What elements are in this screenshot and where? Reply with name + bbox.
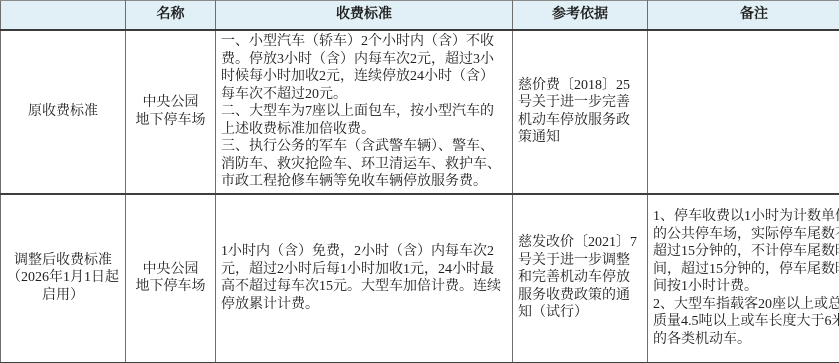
reference-basis-text: 慈价费〔2018〕25号关于进一步完善机动车停放服务政策通知: [513, 30, 648, 194]
table-viewport: 名称 收费标准 参考依据 备注 原收费标准 中央公园 地下停车场 一、小型汽车（…: [0, 0, 839, 363]
fee-standard-text: 一、小型汽车（轿车）2个小时内（含）不收费。停放3小时（含）内每车次2元，超过3…: [216, 30, 513, 194]
row-label-original: 原收费标准: [1, 30, 126, 194]
row-label-adjusted: 调整后收费标准 （2026年1月1日起 启用）: [1, 194, 126, 363]
table-row-adjusted-standard: 调整后收费标准 （2026年1月1日起 启用） 中央公园 地下停车场 1小时内（…: [1, 194, 839, 363]
table-row-original-standard: 原收费标准 中央公园 地下停车场 一、小型汽车（轿车）2个小时内（含）不收费。停…: [1, 30, 839, 194]
remarks-text: [648, 30, 839, 194]
header-remarks: 备注: [648, 1, 839, 31]
header-reference: 参考依据: [513, 1, 648, 31]
reference-basis-text: 慈发改价〔2021〕7号关于进一步调整和完善机动车停放服务收费政策的通知（试行）: [513, 194, 648, 363]
header-row: 名称 收费标准 参考依据 备注: [1, 1, 839, 31]
parking-lot-name: 中央公园 地下停车场: [126, 30, 216, 194]
header-category: [1, 1, 126, 31]
fee-standard-text: 1小时内（含）免费，2小时（含）内每车次2元，超过2小时后每1小时加收1元，24…: [216, 194, 513, 363]
parking-fee-table: 名称 收费标准 参考依据 备注 原收费标准 中央公园 地下停车场 一、小型汽车（…: [0, 0, 839, 363]
remarks-text: 1、停车收费以1小时为计数单位的公共停车场，实际停车尾数不超过15分钟的，不计停…: [648, 194, 839, 363]
header-name: 名称: [126, 1, 216, 31]
parking-lot-name: 中央公园 地下停车场: [126, 194, 216, 363]
header-fee-standard: 收费标准: [216, 1, 513, 31]
